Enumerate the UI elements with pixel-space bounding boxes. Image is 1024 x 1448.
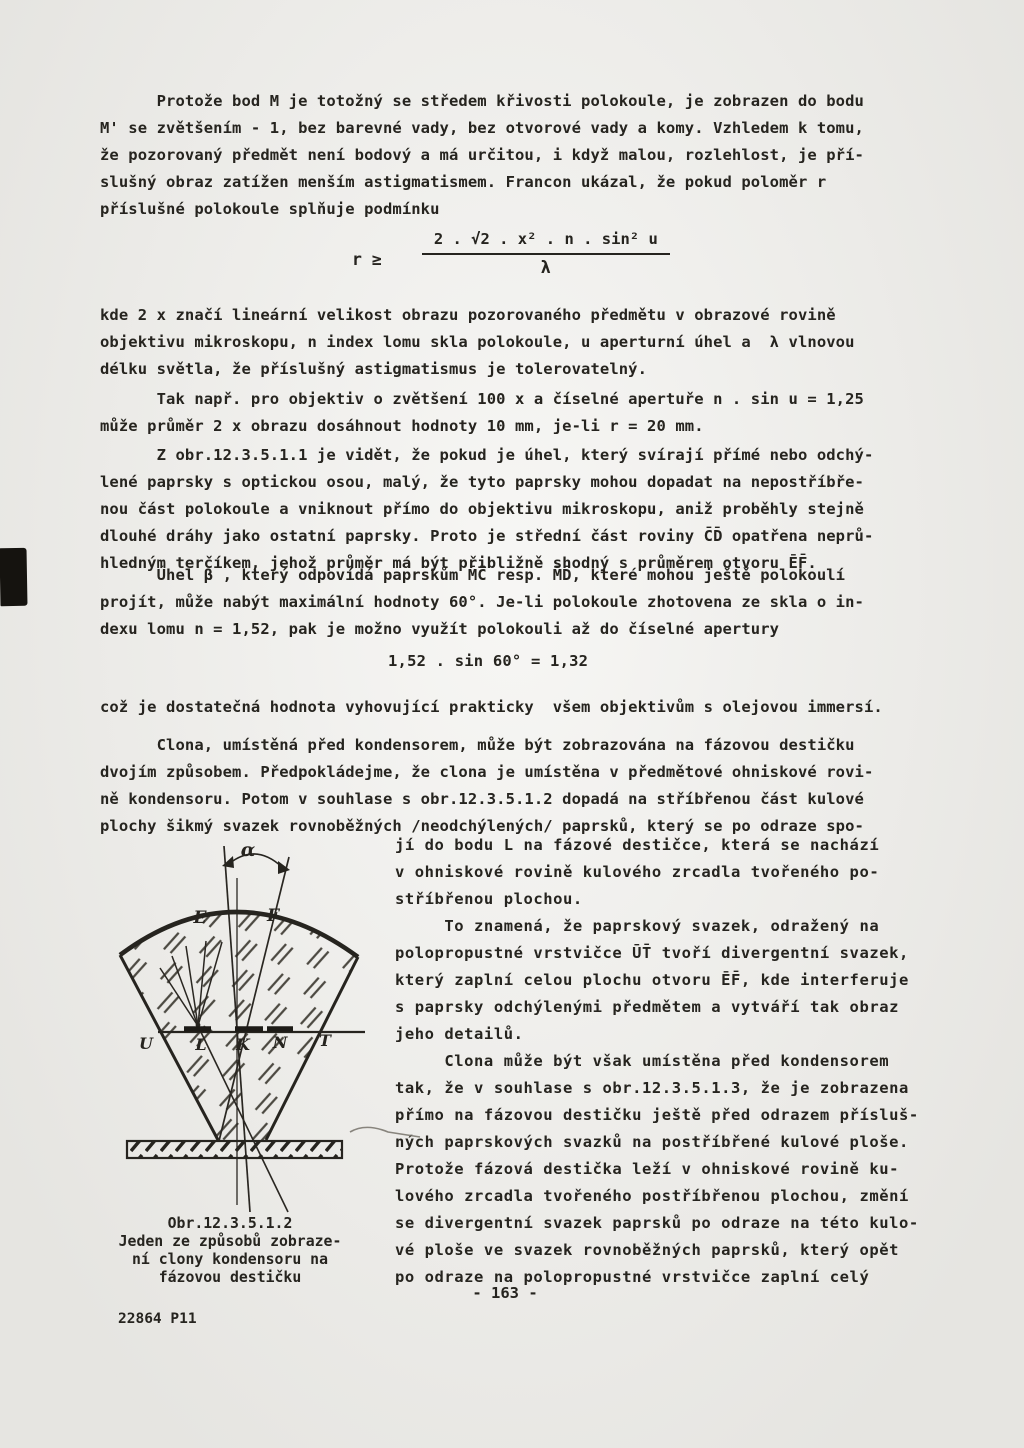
figure-label-L: L	[194, 1035, 206, 1054]
page-number: - 163 -	[420, 1284, 590, 1302]
text-line: Obr.12.3.5.1.2	[80, 1215, 380, 1233]
text-line: Z obr.12.3.5.1.1 je vidět, že pokud je ú…	[100, 442, 920, 469]
right-column-text: jí do bodu L na fázové destičce, která s…	[395, 832, 920, 1291]
phase-plate-line	[158, 1029, 365, 1032]
text-line: slušný obraz zatížen menším astigmatisme…	[100, 169, 915, 196]
text-line: může průměr 2 x obrazu dosáhnout hodnoty…	[100, 413, 915, 440]
text-line: že pozorovaný předmět není bodový a má u…	[100, 142, 915, 169]
text-line: kde 2 x značí lineární velikost obrazu p…	[100, 302, 915, 329]
formula-radius-condition: r ≥ 2 . √2 . x² . n . sin² u λ	[352, 230, 670, 278]
text-line: nou část polokoule a vniknout přímo do o…	[100, 496, 920, 523]
text-line: Protože bod M je totožný se středem křiv…	[100, 88, 915, 115]
paragraph-2: kde 2 x značí lineární velikost obrazu p…	[100, 302, 915, 383]
figure-label-T: T	[319, 1031, 332, 1050]
print-code: 22864 P11	[118, 1311, 197, 1327]
text-line: příslušné polokoule splňuje podmínku	[100, 196, 915, 223]
text-line: se divergentní svazek paprsků po odraze …	[395, 1210, 920, 1237]
text-line: Tak např. pro objektiv o zvětšení 100 x …	[100, 386, 915, 413]
text-line: tak, že v souhlase s obr.12.3.5.1.3, že …	[395, 1075, 920, 1102]
figure-label-N: N	[272, 1033, 289, 1052]
text-line: Jeden ze způsobů zobraze-	[80, 1233, 380, 1251]
figure-label-K: K	[235, 1035, 251, 1054]
text-line: objektivu mikroskopu, n index lomu skla …	[100, 329, 915, 356]
text-line: lené paprsky s optickou osou, malý, že t…	[100, 469, 920, 496]
figure-label-F: F	[266, 906, 281, 926]
text-line: M' se zvětšením - 1, bez barevné vady, b…	[100, 115, 915, 142]
formula-lhs: r ≥	[352, 250, 382, 269]
text-line: stříbřenou plochou.	[395, 886, 920, 913]
paragraph-5: Úhel β , který odpovídá paprskům M̄C̄ re…	[100, 562, 920, 643]
figure-label-E: E	[193, 908, 208, 928]
text-line: jí do bodu L na fázové destičce, která s…	[395, 832, 920, 859]
text-line: který zaplní celou plochu otvoru ĒF̄, kd…	[395, 967, 920, 994]
paragraph-7: Clona, umístěná před kondensorem, může b…	[100, 732, 920, 840]
text-line: lového zrcadla tvořeného postříbřenou pl…	[395, 1183, 920, 1210]
text-line: což je dostatečná hodnota vyhovující pra…	[100, 694, 920, 721]
figure-diagram: α E F U L K N T	[100, 830, 430, 1220]
text-line: s paprsky odchýlenými předmětem a vytvář…	[395, 994, 920, 1021]
paragraph-6: což je dostatečná hodnota vyhovující pra…	[100, 694, 920, 721]
text-line: přímo na fázovou destičku ještě před odr…	[395, 1102, 920, 1129]
text-line: dlouhé dráhy jako ostatní paprsky. Proto…	[100, 523, 920, 550]
figure-caption: Obr.12.3.5.1.2Jeden ze způsobů zobraze-n…	[80, 1215, 380, 1287]
text-line: dvojím způsobem. Předpokládejme, že clon…	[100, 759, 920, 786]
text-line: ně kondensoru. Potom v souhlase s obr.12…	[100, 786, 920, 813]
text-line: fázovou destičku	[80, 1269, 380, 1287]
text-line: ných paprskových svazků na postříbřené k…	[395, 1129, 920, 1156]
figure-label-U: U	[139, 1034, 154, 1053]
figure-label-alpha: α	[241, 839, 256, 861]
text-line: Clona, umístěná před kondensorem, může b…	[100, 732, 920, 759]
formula-fraction: 2 . √2 . x² . n . sin² u λ	[422, 230, 670, 278]
text-line: projít, může nabýt maximální hodnoty 60°…	[100, 589, 920, 616]
text-line: v ohniskové rovině kulového zrcadla tvoř…	[395, 859, 920, 886]
text-line: délku světla, že příslušný astigmatismus…	[100, 356, 915, 383]
text-line: Protože fázová destička leží v ohniskové…	[395, 1156, 920, 1183]
text-line: polopropustné vrstvičce ŪT̄ tvoří diverg…	[395, 940, 920, 967]
text-line: dexu lomu n = 1,52, pak je možno využít …	[100, 616, 920, 643]
scanned-page: Protože bod M je totožný se středem křiv…	[0, 0, 1024, 1448]
paragraph-3: Tak např. pro objektiv o zvětšení 100 x …	[100, 386, 915, 440]
text-line: vé ploše ve svazek rovnoběžných paprsků,…	[395, 1237, 920, 1264]
text-line: jeho detailů.	[395, 1021, 920, 1048]
formula-numerator: 2 . √2 . x² . n . sin² u	[422, 230, 670, 255]
alpha-angle-arrow	[222, 854, 290, 874]
text-line: Clona může být však umístěna před konden…	[395, 1048, 920, 1075]
formula-denominator: λ	[422, 255, 670, 278]
base-slab	[127, 1141, 342, 1158]
text-line: Úhel β , který odpovídá paprskům M̄C̄ re…	[100, 562, 920, 589]
formula-numeric-aperture: 1,52 . sin 60° = 1,32	[388, 652, 588, 670]
scan-ink-artifact	[0, 548, 28, 606]
text-line: To znamená, že paprskový svazek, odražen…	[395, 913, 920, 940]
leader-mark	[350, 1127, 420, 1137]
text-line: ní clony kondensoru na	[80, 1251, 380, 1269]
paragraph-1: Protože bod M je totožný se středem křiv…	[100, 88, 915, 223]
paragraph-4: Z obr.12.3.5.1.1 je vidět, že pokud je ú…	[100, 442, 920, 577]
